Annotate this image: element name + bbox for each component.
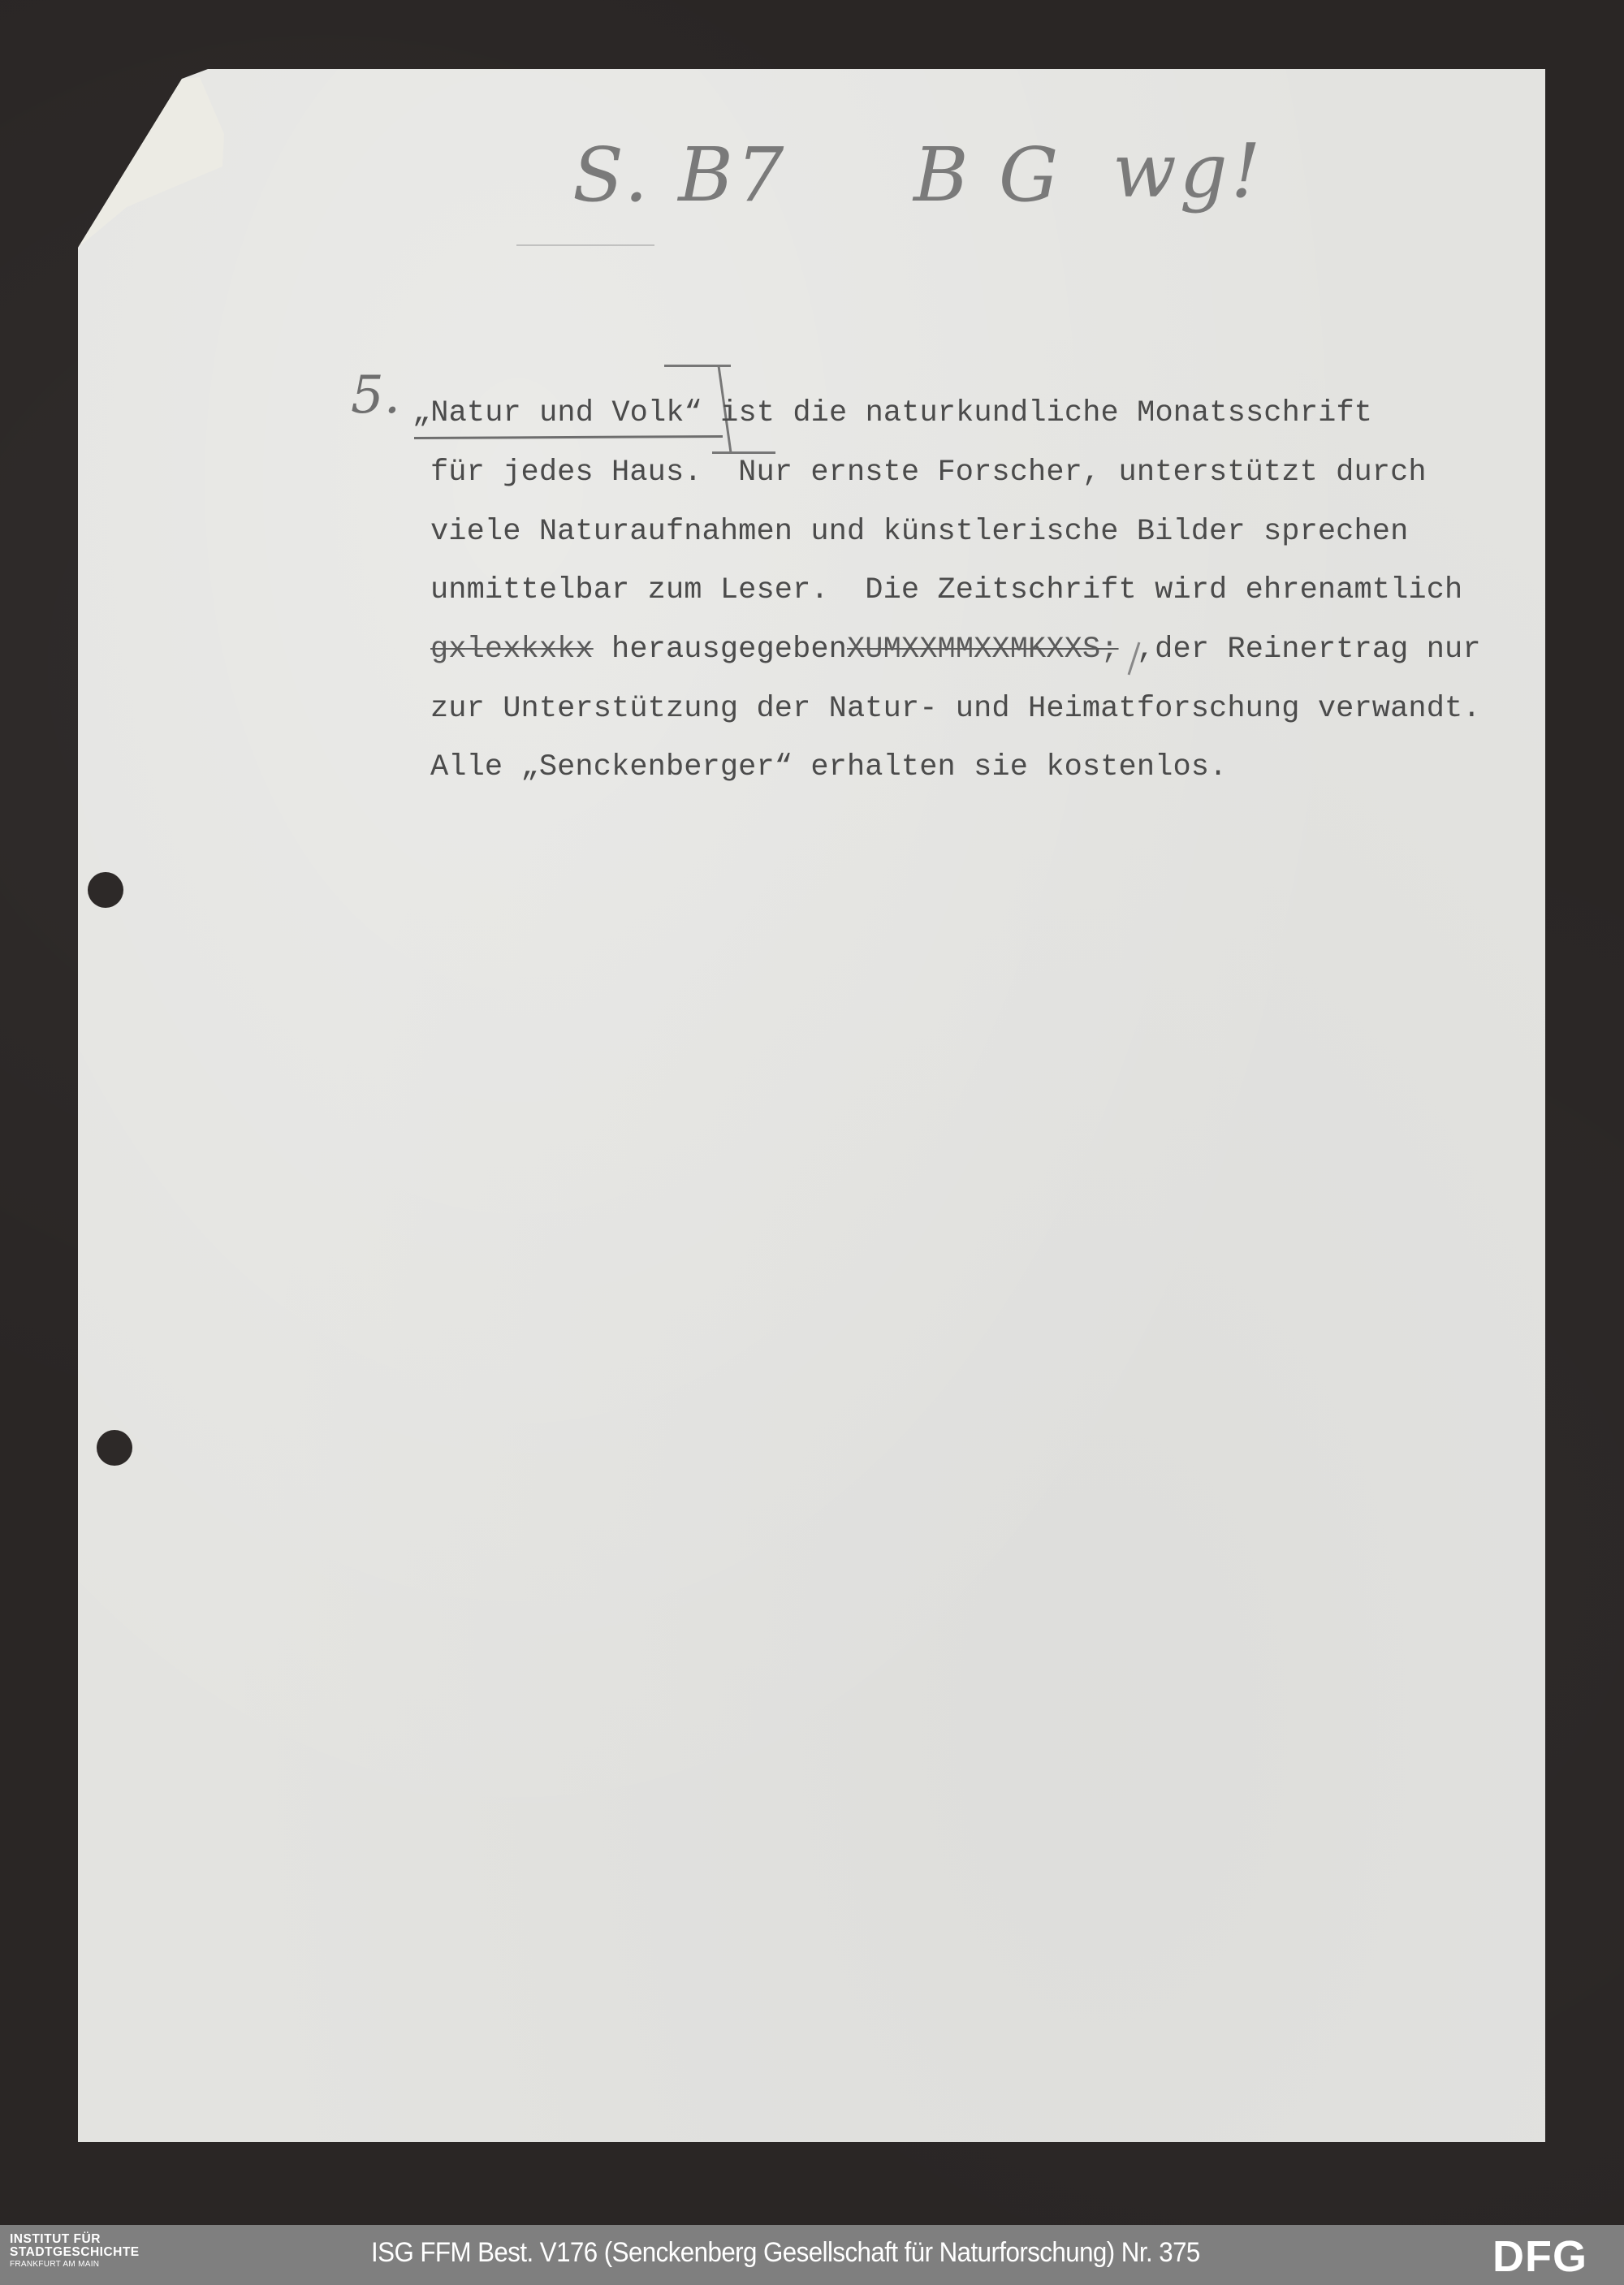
document-page <box>78 69 1545 2142</box>
logo-line-2: STADTGESCHICHTE <box>10 2246 140 2259</box>
line-5-rest: ,der Reinertrag nur <box>1119 633 1481 667</box>
punch-hole-top <box>88 872 123 908</box>
typed-line-4: unmittelbar zum Leser. Die Zeitschrift w… <box>430 576 1462 606</box>
isg-logo: INSTITUT FÜR STADTGESCHICHTE FRANKFURT A… <box>10 2233 140 2269</box>
pencil-bracket-top <box>664 365 731 367</box>
typed-line-2: für jedes Haus. Nur ernste Forscher, unt… <box>430 458 1427 488</box>
footer-bar: INSTITUT FÜR STADTGESCHICHTE FRANKFURT A… <box>0 2225 1624 2285</box>
typed-line-1: „Natur und Volk“ ist die naturkundliche … <box>412 399 1372 429</box>
archive-reference: ISG FFM Best. V176 (Senckenberg Gesellsc… <box>371 2239 1200 2266</box>
handwritten-note-1: S. B7 <box>572 138 787 213</box>
punch-hole-bottom <box>97 1430 132 1466</box>
struck-out-text-end: XUMXXMMXXMKXXS; <box>847 633 1119 667</box>
pencil-bracket-bottom <box>712 451 775 454</box>
handwritten-note-2: B G <box>914 138 1061 213</box>
dfg-logo: DFG <box>1492 2235 1587 2279</box>
logo-line-3: FRANKFURT AM MAIN <box>10 2261 140 2269</box>
line-5-middle: herausgegeben <box>594 633 847 667</box>
handwritten-margin-number: 5. <box>351 369 400 421</box>
faint-pencil-line <box>516 244 654 246</box>
typed-line-3: viele Naturaufnahmen und künstlerische B… <box>430 517 1408 547</box>
struck-out-text-start: gxlexkxkx <box>430 633 594 667</box>
typed-line-7: Alle „Senckenberger“ erhalten sie kosten… <box>430 753 1227 783</box>
typed-line-5: gxlexkxkx herausgegebenXUMXXMMXXMKXXS; ,… <box>430 635 1481 665</box>
logo-line-1: INSTITUT FÜR <box>10 2233 140 2246</box>
paper-texture <box>78 69 1545 2142</box>
handwritten-note-3: wg! <box>1112 134 1264 209</box>
typed-line-6: zur Unterstützung der Natur- und Heimatf… <box>430 694 1481 724</box>
